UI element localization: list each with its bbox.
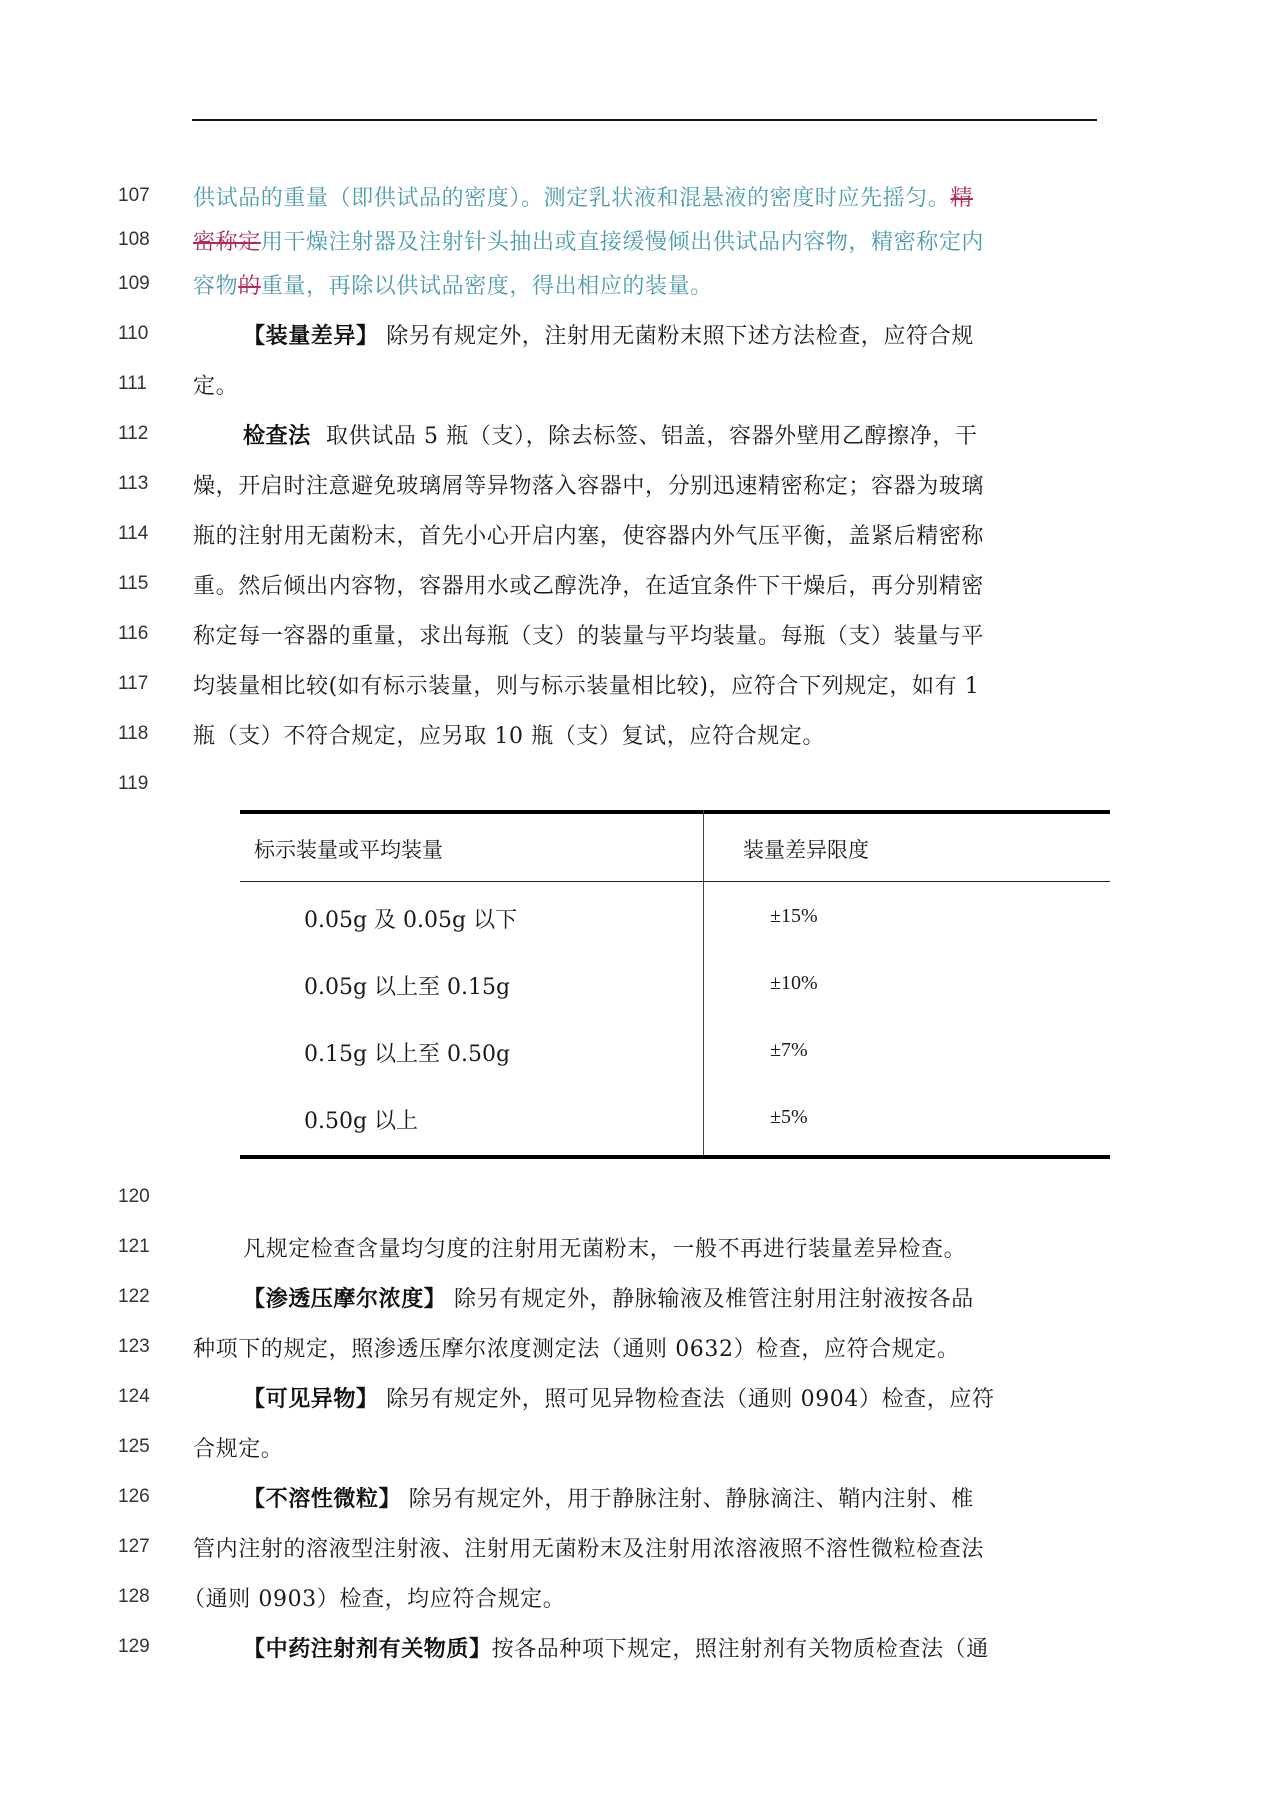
deleted-text: 精	[950, 186, 973, 211]
line-text[interactable]: 种项下的规定，照渗透压摩尔浓度测定法（通则 0632）检查，应符合规定。	[193, 1332, 1098, 1363]
line-text[interactable]: 密称定用干燥注射器及注射针头抽出或直接缓慢倾出供试品内容物，精密称定内	[193, 225, 1098, 256]
line-number: 122	[118, 1286, 168, 1308]
body-text: 除另有规定外，照可见异物检查法（通则 0904）检查，应符	[379, 1387, 995, 1412]
line-number: 108	[118, 229, 168, 251]
doc-line-113: 113 燥，开启时注意避免玻璃屑等异物落入容器中，分别迅速精密称定；容器为玻璃	[0, 465, 1280, 505]
line-number: 110	[118, 323, 168, 345]
line-number: 114	[118, 523, 168, 545]
line-text[interactable]: 【装量差异】 除另有规定外，注射用无菌粉末照下述方法检查，应符合规	[243, 319, 1098, 350]
line-number: 113	[118, 473, 168, 495]
table-cell-amount: 0.05g 及 0.05g 以下	[304, 903, 517, 934]
line-number: 118	[118, 723, 168, 745]
doc-line-124: 124 【可见异物】 除另有规定外，照可见异物检查法（通则 0904）检查，应符	[0, 1378, 1280, 1418]
line-number: 117	[118, 673, 168, 695]
line-number: 119	[118, 773, 168, 795]
inserted-text: 重量，再除以供试品密度，得出相应的装量。	[261, 274, 713, 299]
line-text[interactable]: 燥，开启时注意避免玻璃屑等异物落入容器中，分别迅速精密称定；容器为玻璃	[193, 469, 1098, 500]
line-text[interactable]: 【中药注射剂有关物质】按各品种项下规定，照注射剂有关物质检查法（通	[243, 1632, 1098, 1663]
doc-line-118: 118 瓶（支）不符合规定，应另取 10 瓶（支）复试，应符合规定。	[0, 715, 1280, 755]
doc-line-121: 121 凡规定检查含量均匀度的注射用无菌粉末，一般不再进行装量差异检查。	[0, 1228, 1280, 1268]
table-header-labeled-amount: 标示装量或平均装量	[254, 834, 443, 864]
section-heading: 【不溶性微粒】	[243, 1486, 401, 1512]
line-text[interactable]: 【渗透压摩尔浓度】 除另有规定外，静脉输液及椎管注射用注射液按各品	[243, 1282, 1098, 1313]
doc-line-123: 123 种项下的规定，照渗透压摩尔浓度测定法（通则 0632）检查，应符合规定。	[0, 1328, 1280, 1368]
body-text: 瓶（支）不符合规定，应另取 10 瓶（支）复试，应符合规定。	[193, 724, 825, 749]
table-cell-limit: ±15%	[770, 905, 818, 928]
line-number: 112	[118, 423, 168, 445]
table-cell-amount: 0.50g 以上	[304, 1104, 418, 1135]
body-text: 除另有规定外，用于静脉注射、静脉滴注、鞘内注射、椎	[401, 1487, 974, 1512]
line-number: 125	[118, 1436, 168, 1458]
doc-line-125: 125 合规定。	[0, 1428, 1280, 1468]
line-number: 115	[118, 573, 168, 595]
line-number: 126	[118, 1486, 168, 1508]
line-number: 107	[118, 185, 168, 207]
page-header-rule	[192, 119, 1097, 121]
subsection-heading: 检查法	[243, 423, 311, 449]
line-text[interactable]: （通则 0903）检查，均应符合规定。	[183, 1582, 1088, 1613]
line-number: 128	[118, 1586, 168, 1608]
line-text[interactable]: 定。	[193, 369, 1098, 400]
body-text: 除另有规定外，静脉输液及椎管注射用注射液按各品	[446, 1287, 973, 1312]
line-text[interactable]: 重。然后倾出内容物，容器用水或乙醇洗净，在适宜条件下干燥后，再分别精密	[193, 569, 1098, 600]
line-text[interactable]: 检查法 取供试品 5 瓶（支），除去标签、铝盖，容器外壁用乙醇擦净，干	[243, 419, 1098, 450]
line-text[interactable]: 均装量相比较(如有标示装量，则与标示装量相比较)，应符合下列规定，如有 1	[193, 669, 1098, 700]
line-number: 127	[118, 1536, 168, 1558]
line-text[interactable]: 凡规定检查含量均匀度的注射用无菌粉末，一般不再进行装量差异检查。	[243, 1232, 1098, 1263]
inserted-text: 容物	[193, 274, 238, 299]
line-text[interactable]: 管内注射的溶液型注射液、注射用无菌粉末及注射用浓溶液照不溶性微粒检查法	[193, 1532, 1098, 1563]
line-number: 129	[118, 1636, 168, 1658]
table-top-rule	[240, 810, 1110, 814]
doc-line-107: 107 供试品的重量（即供试品的密度）。测定乳状液和混悬液的密度时应先摇匀。精	[0, 177, 1280, 217]
table-cell-amount: 0.05g 以上至 0.15g	[304, 970, 510, 1001]
line-number: 120	[118, 1186, 168, 1208]
table-header-rule	[240, 881, 1110, 882]
body-text: 瓶的注射用无菌粉末，首先小心开启内塞，使容器内外气压平衡，盖紧后精密称	[193, 524, 984, 549]
doc-line-109: 109 容物的重量，再除以供试品密度，得出相应的装量。	[0, 265, 1280, 305]
table-cell-limit: ±10%	[770, 972, 818, 995]
line-text[interactable]: 瓶（支）不符合规定，应另取 10 瓶（支）复试，应符合规定。	[193, 719, 1098, 750]
line-number: 111	[118, 373, 168, 395]
doc-line-111: 111 定。	[0, 365, 1280, 405]
table-cell-limit: ±7%	[770, 1039, 808, 1062]
body-text: 除另有规定外，注射用无菌粉末照下述方法检查，应符合规	[379, 324, 974, 349]
body-text: 燥，开启时注意避免玻璃屑等异物落入容器中，分别迅速精密称定；容器为玻璃	[193, 474, 984, 499]
body-text: 定。	[193, 374, 238, 399]
doc-line-120: 120	[0, 1178, 1280, 1218]
table-cell-amount: 0.15g 以上至 0.50g	[304, 1037, 510, 1068]
table-bottom-rule	[240, 1155, 1110, 1159]
line-number: 123	[118, 1336, 168, 1358]
doc-line-128: 128 （通则 0903）检查，均应符合规定。	[0, 1578, 1280, 1618]
table-cell-limit: ±5%	[770, 1106, 808, 1129]
section-heading: 【可见异物】	[243, 1386, 379, 1412]
line-number: 116	[118, 623, 168, 645]
table-header-variance-limit: 装量差异限度	[743, 834, 869, 864]
line-text[interactable]: 容物的重量，再除以供试品密度，得出相应的装量。	[193, 269, 1098, 300]
doc-line-117: 117 均装量相比较(如有标示装量，则与标示装量相比较)，应符合下列规定，如有 …	[0, 665, 1280, 705]
deleted-text: 的	[238, 274, 261, 299]
body-text: 均装量相比较(如有标示装量，则与标示装量相比较)，应符合下列规定，如有 1	[193, 674, 979, 699]
body-text: （通则 0903）检查，均应符合规定。	[183, 1587, 565, 1612]
section-heading: 【中药注射剂有关物质】	[243, 1636, 492, 1662]
doc-line-108: 108 密称定用干燥注射器及注射针头抽出或直接缓慢倾出供试品内容物，精密称定内	[0, 221, 1280, 261]
inserted-text: 供试品的重量（即供试品的密度）。测定乳状液和混悬液的密度时应先摇匀。	[193, 186, 950, 211]
doc-line-129: 129 【中药注射剂有关物质】按各品种项下规定，照注射剂有关物质检查法（通	[0, 1628, 1280, 1668]
line-number: 124	[118, 1386, 168, 1408]
doc-line-110: 110 【装量差异】 除另有规定外，注射用无菌粉末照下述方法检查，应符合规	[0, 315, 1280, 355]
body-text: 取供试品 5 瓶（支），除去标签、铝盖，容器外壁用乙醇擦净，干	[311, 424, 978, 449]
line-number: 121	[118, 1236, 168, 1258]
body-text: 合规定。	[193, 1437, 283, 1462]
line-text[interactable]: 【不溶性微粒】 除另有规定外，用于静脉注射、静脉滴注、鞘内注射、椎	[243, 1482, 1098, 1513]
doc-line-115: 115 重。然后倾出内容物，容器用水或乙醇洗净，在适宜条件下干燥后，再分别精密	[0, 565, 1280, 605]
section-heading: 【渗透压摩尔浓度】	[243, 1286, 446, 1312]
section-heading: 【装量差异】	[243, 323, 379, 349]
body-text: 管内注射的溶液型注射液、注射用无菌粉末及注射用浓溶液照不溶性微粒检查法	[193, 1537, 984, 1562]
line-text[interactable]: 合规定。	[193, 1432, 1098, 1463]
doc-line-122: 122 【渗透压摩尔浓度】 除另有规定外，静脉输液及椎管注射用注射液按各品	[0, 1278, 1280, 1318]
inserted-text: 用干燥注射器及注射针头抽出或直接缓慢倾出供试品内容物，精密称定内	[261, 230, 984, 255]
doc-line-116: 116 称定每一容器的重量，求出每瓶（支）的装量与平均装量。每瓶（支）装量与平	[0, 615, 1280, 655]
body-text: 称定每一容器的重量，求出每瓶（支）的装量与平均装量。每瓶（支）装量与平	[193, 624, 984, 649]
line-text[interactable]: 【可见异物】 除另有规定外，照可见异物检查法（通则 0904）检查，应符	[243, 1382, 1098, 1413]
table-column-divider	[703, 810, 704, 1158]
doc-line-127: 127 管内注射的溶液型注射液、注射用无菌粉末及注射用浓溶液照不溶性微粒检查法	[0, 1528, 1280, 1568]
body-text: 重。然后倾出内容物，容器用水或乙醇洗净，在适宜条件下干燥后，再分别精密	[193, 574, 984, 599]
line-number: 109	[118, 273, 168, 295]
fill-variance-table: 标示装量或平均装量 装量差异限度 0.05g 及 0.05g 以下 ±15% 0…	[240, 810, 1110, 1158]
deleted-text: 密称定	[193, 230, 261, 255]
body-text: 种项下的规定，照渗透压摩尔浓度测定法（通则 0632）检查，应符合规定。	[193, 1337, 960, 1362]
line-text[interactable]: 称定每一容器的重量，求出每瓶（支）的装量与平均装量。每瓶（支）装量与平	[193, 619, 1098, 650]
doc-line-119: 119	[0, 765, 1280, 805]
doc-line-126: 126 【不溶性微粒】 除另有规定外，用于静脉注射、静脉滴注、鞘内注射、椎	[0, 1478, 1280, 1518]
doc-line-112: 112 检查法 取供试品 5 瓶（支），除去标签、铝盖，容器外壁用乙醇擦净，干	[0, 415, 1280, 455]
doc-line-114: 114 瓶的注射用无菌粉末，首先小心开启内塞，使容器内外气压平衡，盖紧后精密称	[0, 515, 1280, 555]
body-text: 凡规定检查含量均匀度的注射用无菌粉末，一般不再进行装量差异检查。	[243, 1237, 966, 1262]
body-text: 按各品种项下规定，照注射剂有关物质检查法（通	[492, 1637, 989, 1662]
line-text[interactable]: 供试品的重量（即供试品的密度）。测定乳状液和混悬液的密度时应先摇匀。精	[193, 181, 1098, 212]
line-text[interactable]: 瓶的注射用无菌粉末，首先小心开启内塞，使容器内外气压平衡，盖紧后精密称	[193, 519, 1098, 550]
